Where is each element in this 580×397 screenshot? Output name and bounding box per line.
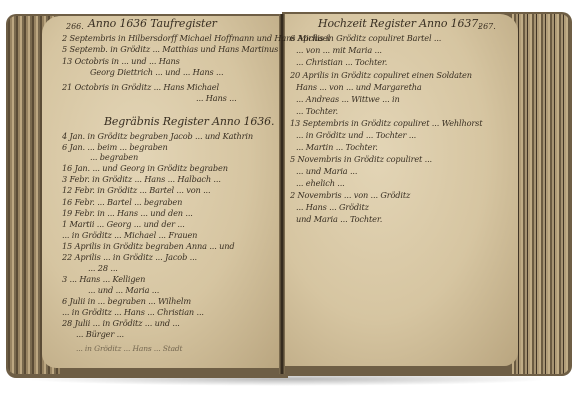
right-line: ... und Maria ...: [296, 166, 357, 178]
book-gutter: [279, 14, 285, 374]
right-line: ... in Gröditz und ... Tochter ...: [296, 130, 416, 142]
left-line: 22 Aprilis ... in Gröditz ... Jacob ...: [62, 252, 197, 264]
left-line: 12 Febr. in Gröditz ... Bartel ... von .…: [62, 185, 210, 197]
right-line: ... Christian ... Tochter.: [296, 57, 387, 69]
right-line: 20 Aprilis in Gröditz copuliret einen So…: [290, 70, 472, 82]
left-page-number: 266.: [66, 22, 84, 31]
right-line: ... Andreas ... Wittwe ... in: [296, 94, 400, 106]
right-line: 6 Aprilis in Gröditz copuliret Bartel ..…: [290, 33, 441, 45]
right-line: ... von ... mit Maria ...: [296, 45, 382, 57]
open-book-photo: 266. Anno 1636 Taufregister 2 Septembris…: [0, 0, 580, 397]
right-line: Hans ... von ... und Margaretha: [296, 82, 422, 94]
left-line: Georg Diettrich ... und ... Hans ...: [90, 67, 223, 79]
right-line: 13 Septembris in Gröditz copuliret ... W…: [290, 118, 482, 130]
left-heading-baptism: Anno 1636 Taufregister: [88, 18, 217, 30]
right-page-number: 267.: [478, 22, 496, 31]
right-line: und Maria ... Tochter.: [296, 214, 382, 226]
left-line-faint: ... in Gröditz ... Hans ... Stadt: [76, 343, 182, 355]
left-line: 5 Septemb. in Gröditz ... Matthias und H…: [62, 44, 278, 56]
left-heading-burial: Begräbnis Register Anno 1636.: [104, 116, 274, 128]
left-line: ... Hans ...: [196, 93, 237, 105]
right-line: ... Hans ... Gröditz: [296, 202, 369, 214]
right-page-edges: [512, 14, 570, 374]
right-line: 2 Novembris ... von ... Gröditz: [290, 190, 410, 202]
right-line: 5 Novembris in Gröditz copuliret ...: [290, 154, 432, 166]
left-line: ... Bürger ...: [76, 329, 124, 341]
right-line: ... Martin ... Tochter.: [296, 142, 378, 154]
right-heading-marriage: Hochzeit Register Anno 1637.: [318, 18, 481, 30]
right-line: ... ehelich ...: [296, 178, 345, 190]
right-line: ... Tochter.: [296, 106, 338, 118]
